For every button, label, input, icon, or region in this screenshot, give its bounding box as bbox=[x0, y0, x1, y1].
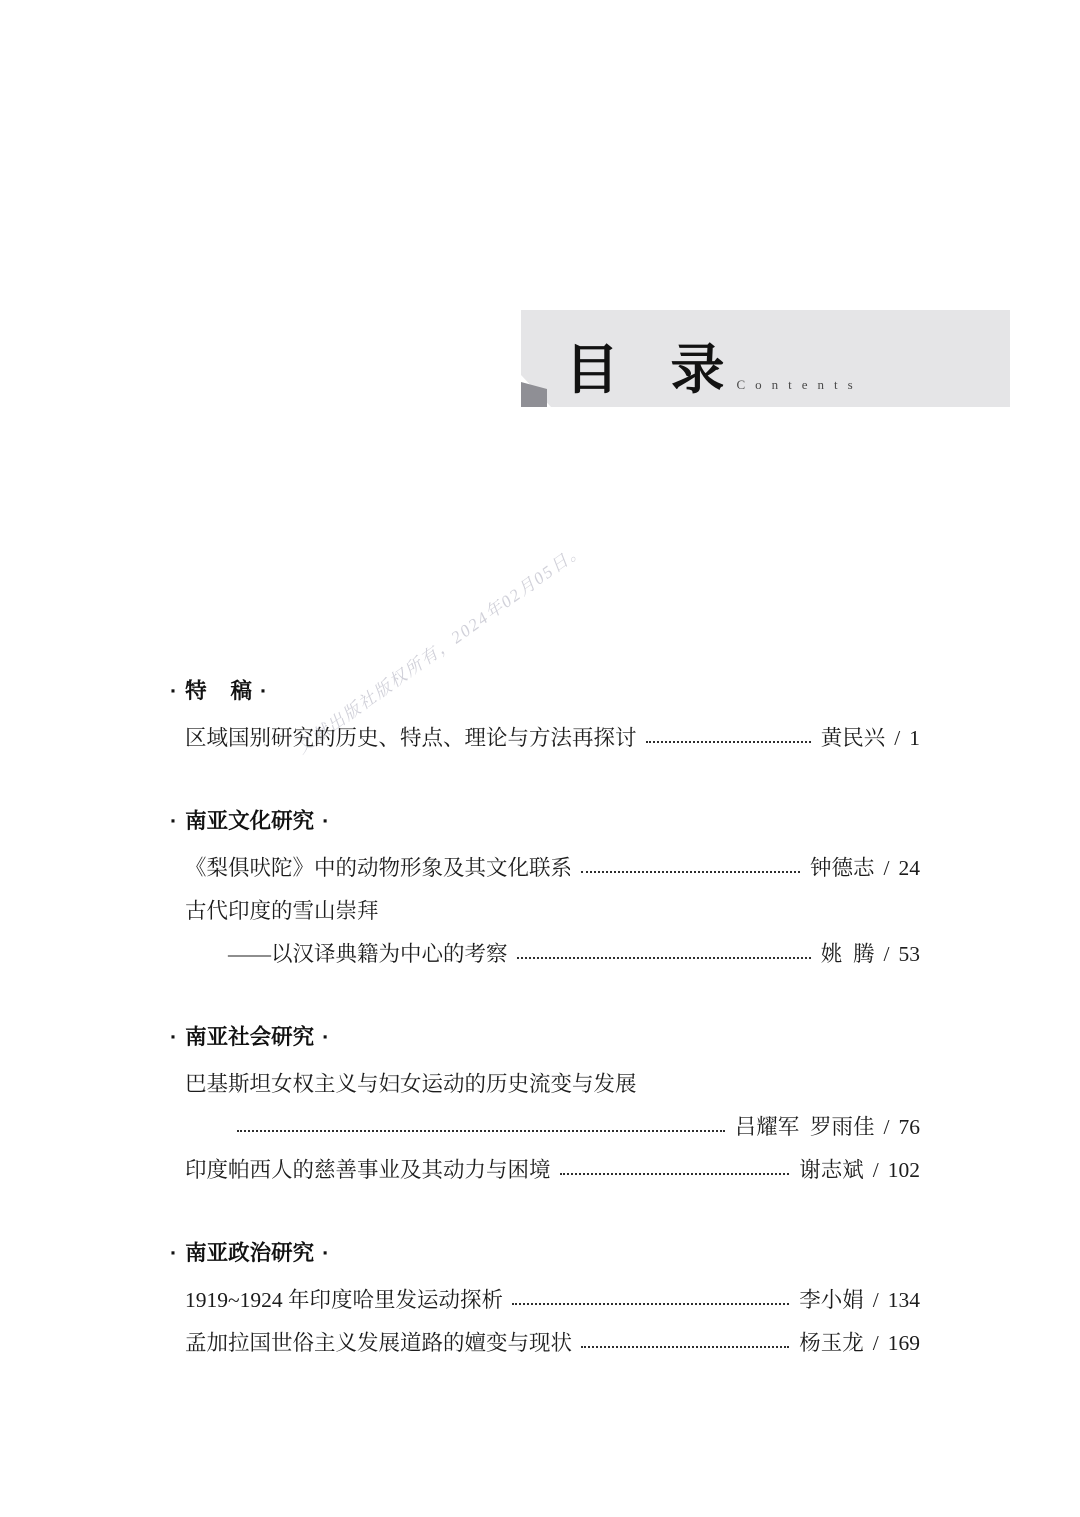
page-separator: / bbox=[873, 1155, 879, 1186]
section-heading: · 南亚文化研究 · bbox=[170, 806, 920, 836]
entry-page: 169 bbox=[888, 1328, 920, 1359]
dot-leader bbox=[517, 957, 811, 959]
toc-entry-continuation: 吕耀军 罗雨佳 / 76 bbox=[170, 1112, 920, 1143]
entry-subtitle: ——以汉译典籍为中心的考察 bbox=[228, 939, 508, 970]
dot-leader bbox=[560, 1173, 790, 1175]
dot-leader bbox=[581, 871, 800, 873]
section-heading: · 特 稿 · bbox=[170, 676, 920, 706]
toc-entry: 巴基斯坦女权主义与妇女运动的历史流变与发展 bbox=[170, 1069, 920, 1100]
section-heading: · 南亚政治研究 · bbox=[170, 1238, 920, 1268]
toc-section-culture: · 南亚文化研究 · 《梨俱吠陀》中的动物形象及其文化联系 钟德志 / 24 古… bbox=[170, 806, 920, 970]
entry-title: 1919~1924 年印度哈里发运动探析 bbox=[185, 1285, 503, 1316]
entry-author: 吕耀军 罗雨佳 bbox=[735, 1112, 875, 1143]
dot-leader bbox=[512, 1303, 789, 1305]
entry-title: 区域国别研究的历史、特点、理论与方法再探讨 bbox=[185, 723, 637, 754]
toc-entry: 古代印度的雪山崇拜 bbox=[170, 896, 920, 927]
entry-author: 杨玉龙 bbox=[799, 1328, 864, 1359]
journal-contents-page: 目 录 Contents 文献出版社版权所有，2024年02月05日。 · 特 … bbox=[0, 0, 1080, 1517]
page-separator: / bbox=[884, 853, 890, 884]
entry-page: 24 bbox=[899, 853, 921, 884]
entry-author: 黄民兴 bbox=[821, 723, 886, 754]
toc-entry: 印度帕西人的慈善事业及其动力与困境 谢志斌 / 102 bbox=[170, 1155, 920, 1186]
entry-page: 1 bbox=[909, 723, 920, 754]
toc-section-society: · 南亚社会研究 · 巴基斯坦女权主义与妇女运动的历史流变与发展 吕耀军 罗雨佳… bbox=[170, 1022, 920, 1186]
dot-leader bbox=[237, 1130, 725, 1132]
page-separator: / bbox=[884, 1112, 890, 1143]
section-heading: · 南亚社会研究 · bbox=[170, 1022, 920, 1052]
entry-title: 《梨俱吠陀》中的动物形象及其文化联系 bbox=[185, 853, 572, 884]
table-of-contents: · 特 稿 · 区域国别研究的历史、特点、理论与方法再探讨 黄民兴 / 1 · … bbox=[170, 676, 920, 1359]
entry-title: 古代印度的雪山崇拜 bbox=[185, 896, 379, 927]
entry-author: 李小娟 bbox=[799, 1285, 864, 1316]
toc-section-politics: · 南亚政治研究 · 1919~1924 年印度哈里发运动探析 李小娟 / 13… bbox=[170, 1238, 920, 1359]
dot-leader bbox=[581, 1346, 789, 1348]
toc-entry: 1919~1924 年印度哈里发运动探析 李小娟 / 134 bbox=[170, 1285, 920, 1316]
page-title-english: Contents bbox=[737, 377, 863, 393]
entry-author: 钟德志 bbox=[810, 853, 875, 884]
entry-title: 孟加拉国世俗主义发展道路的嬗变与现状 bbox=[185, 1328, 572, 1359]
page-separator: / bbox=[884, 939, 890, 970]
page-title: 目 录 bbox=[565, 341, 731, 399]
contents-banner-text: 目 录 Contents bbox=[565, 341, 863, 399]
toc-entry: 孟加拉国世俗主义发展道路的嬗变与现状 杨玉龙 / 169 bbox=[170, 1328, 920, 1359]
entry-author: 谢志斌 bbox=[799, 1155, 864, 1186]
entry-page: 53 bbox=[899, 939, 921, 970]
entry-page: 102 bbox=[888, 1155, 920, 1186]
toc-entry-continuation: ——以汉译典籍为中心的考察 姚 腾 / 53 bbox=[170, 939, 920, 970]
contents-banner: 目 录 Contents bbox=[521, 310, 1010, 407]
page-separator: / bbox=[873, 1285, 879, 1316]
page-separator: / bbox=[894, 723, 900, 754]
entry-title: 印度帕西人的慈善事业及其动力与困境 bbox=[185, 1155, 551, 1186]
entry-title: 巴基斯坦女权主义与妇女运动的历史流变与发展 bbox=[185, 1069, 637, 1100]
page-separator: / bbox=[873, 1328, 879, 1359]
toc-section-special: · 特 稿 · 区域国别研究的历史、特点、理论与方法再探讨 黄民兴 / 1 bbox=[170, 676, 920, 754]
toc-entry: 《梨俱吠陀》中的动物形象及其文化联系 钟德志 / 24 bbox=[170, 853, 920, 884]
entry-page: 134 bbox=[888, 1285, 920, 1316]
folded-corner-icon bbox=[521, 378, 548, 407]
toc-entry: 区域国别研究的历史、特点、理论与方法再探讨 黄民兴 / 1 bbox=[170, 723, 920, 754]
entry-author: 姚 腾 bbox=[821, 939, 875, 970]
dot-leader bbox=[646, 741, 811, 743]
entry-page: 76 bbox=[899, 1112, 921, 1143]
